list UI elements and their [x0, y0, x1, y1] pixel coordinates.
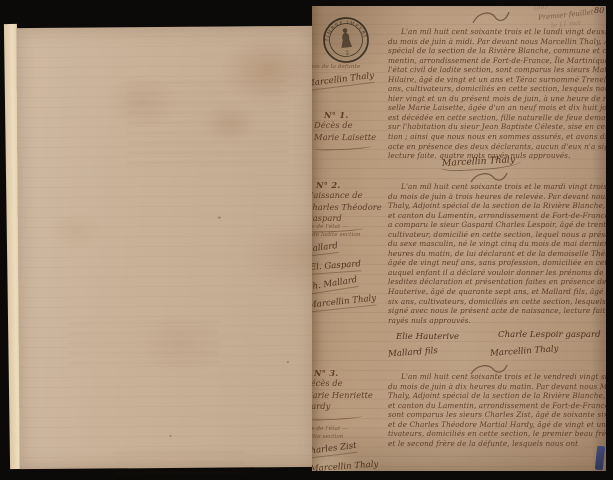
- handwritten-line: Vus de l'état —: [312, 224, 392, 232]
- opening-flourish-icon: [470, 9, 512, 27]
- handwritten-line: L'an mil huit cent soixante trois et le …: [401, 27, 606, 37]
- handwritten-line: et le second frère de la défunte, lesque…: [388, 439, 606, 449]
- signature: Marcellin Thaly: [312, 293, 377, 312]
- paper-speck: [287, 361, 289, 363]
- handwritten-line: Hilaire, âgé de vingt et un ans et Térac…: [388, 75, 606, 85]
- handwritten-line: a comparu le sieur Gaspard Charles Lespo…: [388, 220, 606, 230]
- handwritten-line: ladite section: [312, 434, 392, 442]
- scanned-register-spread: TIMBRE IMPERIAL 2 1863 Premier feuillet …: [0, 0, 613, 480]
- handwritten-line: amis de la défunte: [312, 64, 398, 72]
- handwritten-line: du sexe masculin, né le vingt cinq du mo…: [388, 239, 606, 249]
- left-blank-page: [16, 26, 315, 469]
- right-manuscript-page: TIMBRE IMPERIAL 2 1863 Premier feuillet …: [312, 6, 606, 471]
- signature: Ch. Mallard: [312, 275, 358, 295]
- margin-signatures: Charles ZistMarcellin Thaly: [312, 444, 392, 471]
- act-title-line: Marie Henriette: [312, 390, 373, 402]
- handwritten-line: spécial de la section de la Rivière Blan…: [388, 46, 606, 56]
- handwritten-line: lesdites déclaration et présentation fai…: [388, 277, 606, 287]
- act-title-line: Décès de: [314, 120, 376, 132]
- signature: Charles Zist: [312, 441, 357, 459]
- handwritten-line: est décédée en cette section, fille natu…: [388, 113, 606, 123]
- act3-margin-title: N° 3. Décès de Marie Henriette Hardy: [312, 368, 373, 420]
- handwritten-line: cultivateur, domicilié en cette section,…: [388, 230, 606, 240]
- act2-party-signatures: Charle Lespoir gaspardMarcellin Thaly: [498, 330, 601, 360]
- margin-note-lines: amis de la défunte: [312, 64, 398, 72]
- margin-underline: [312, 413, 362, 420]
- act-title-line: Naissance de: [312, 190, 382, 202]
- handwritten-line: Thaly, Adjoint spécial de la section de …: [388, 201, 606, 211]
- handwritten-line: tion ; ainsi que nous nous en sommes ass…: [388, 132, 606, 142]
- handwritten-line: L'an mil huit cent soixante trois et le …: [401, 182, 606, 192]
- margin-signatures: Marcellin Thaly: [312, 75, 398, 87]
- handwritten-line: et canton du Lamentin, arrondissement de…: [388, 401, 606, 411]
- handwritten-line: et de Charles Théodore Martial Hardy, âg…: [388, 420, 606, 430]
- act-title-line: Décès de: [312, 378, 373, 390]
- act-title-line: Gaspard: [312, 213, 382, 225]
- paper-speck: [218, 217, 221, 219]
- signature: Mallard: [312, 241, 339, 257]
- handwritten-line: acte en présence des deux déclarants, au…: [388, 142, 606, 152]
- blue-edge-mark: [595, 446, 605, 471]
- handwritten-line: tivateurs, domiciliés en cette section, …: [388, 429, 606, 439]
- handwritten-line: heures du matin, de lui déclarant et de …: [388, 249, 606, 259]
- show-through-marks: [69, 322, 219, 373]
- handwritten-line: hier vingt et un du présent mois de juin…: [388, 94, 606, 104]
- stamp-value: 2: [345, 50, 349, 56]
- signature: Marcellin Thaly: [490, 341, 601, 359]
- signature: Charle Lespoir gaspard: [498, 330, 601, 340]
- signature: Mallard fils: [388, 345, 460, 360]
- handwritten-line: sont comparus les sieurs Charles Zist, â…: [388, 410, 606, 420]
- handwritten-line: Hauterive, âgé de quarante sept ans, et …: [388, 287, 606, 297]
- header-year-note: 1863: [533, 6, 549, 12]
- handwritten-line: six ans, cultivateurs, domiciliés en cet…: [388, 297, 606, 307]
- margin-signatures: MallardEl. GaspardCh. MallardMarcellin T…: [312, 243, 392, 309]
- show-through-marks: [115, 451, 245, 477]
- act-number: N° 2.: [316, 180, 382, 190]
- signature: El. Gaspard: [312, 259, 361, 275]
- act-number: N° 3.: [314, 368, 373, 378]
- margin-note-lines: Vus de l'état —ladite section: [312, 426, 392, 441]
- handwritten-line: mentin, arrondissement de Fort-de-France…: [388, 56, 606, 66]
- handwritten-line: âgée de vingt neuf ans, sans profession,…: [388, 258, 606, 268]
- handwritten-line: rayés nuls approuvés.: [388, 316, 606, 326]
- handwritten-line: R. de ladite section: [312, 232, 392, 240]
- act2-body: L'an mil huit cent soixante trois et le …: [388, 182, 606, 325]
- act-title-line: Charles Théodore: [312, 202, 382, 214]
- handwritten-line: sur l'habitation du sieur Jean Baptiste …: [388, 122, 606, 132]
- handwritten-line: selle Marie Laisette, âgée d'un an neuf …: [388, 103, 606, 113]
- handwritten-line: du mois de juin à dix heures du matin. P…: [388, 382, 606, 392]
- margin-note-lines: Vus de l'état —R. de ladite section: [312, 224, 392, 239]
- timbre-imperial-stamp-icon: TIMBRE IMPERIAL 2: [320, 14, 373, 67]
- handwritten-line: auquel enfant il a déclaré vouloir donne…: [388, 268, 606, 278]
- paper-speck: [169, 435, 171, 437]
- act1-body: L'an mil huit cent soixante trois et le …: [388, 27, 606, 161]
- signature: Elie Hauterive: [396, 332, 459, 342]
- handwritten-line: signé avec nous le présent acte de naiss…: [388, 306, 606, 316]
- handwritten-line: du mois de juin à midi. Par devant nous …: [388, 37, 606, 47]
- handwritten-line: du mois de juin à trois heures de relevé…: [388, 192, 606, 202]
- act2-margin-note: Vus de l'état —R. de ladite section Mall…: [312, 224, 392, 315]
- act3-margin-note: Vus de l'état —ladite section Charles Zi…: [312, 426, 392, 471]
- handwritten-line: et canton du Lamentin, arrondissement de…: [388, 211, 606, 221]
- folio-number: 80: [594, 6, 604, 15]
- handwritten-line: ans, cultivateurs, domiciliés en cette s…: [388, 84, 606, 94]
- act-number: N° 1.: [324, 110, 376, 120]
- act1-margin-title: N° 1. Décès de Marie Laisette: [314, 110, 376, 150]
- handwritten-line: Vus de l'état —: [312, 426, 392, 434]
- act-title-line: Hardy: [312, 401, 373, 413]
- signature: Marcellin Thaly: [312, 70, 375, 90]
- handwritten-line: L'an mil huit cent soixante trois et le …: [401, 372, 606, 382]
- act3-body: L'an mil huit cent soixante trois et le …: [388, 372, 606, 448]
- show-through-marks: [127, 81, 288, 167]
- handwritten-line: Thaly, Adjoint spécial de la section de …: [388, 391, 606, 401]
- margin-underline: [314, 144, 372, 151]
- act-title-line: Marie Laisette: [314, 132, 376, 144]
- act2-witness-signatures: Elie HauteriveMallard fils: [396, 332, 459, 362]
- signature: Marcellin Thaly: [312, 460, 379, 471]
- act1-margin-note: amis de la défunte Marcellin Thaly: [312, 64, 398, 93]
- handwritten-line: l'état civil de ladite section, sont com…: [388, 65, 606, 75]
